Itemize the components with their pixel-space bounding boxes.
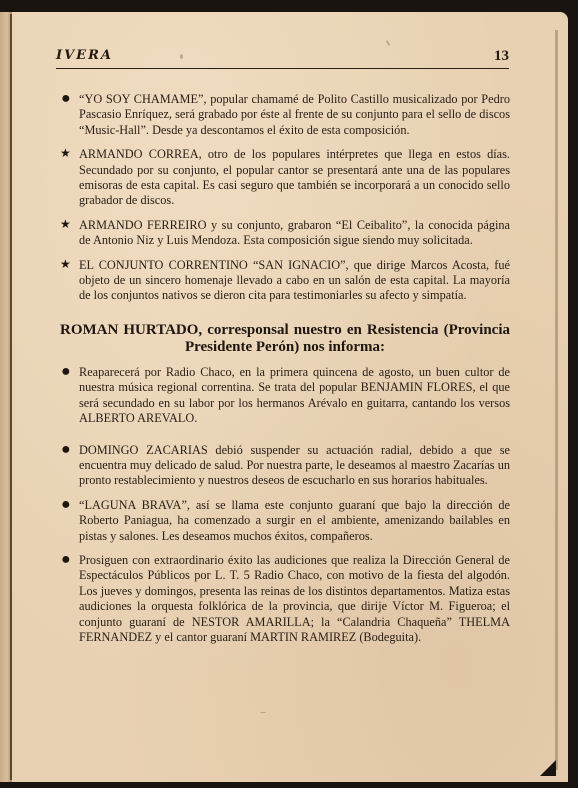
page-header: IVERA 13 <box>56 48 509 68</box>
header-rule <box>56 68 509 69</box>
news-item-text: EL CONJUNTO CORRENTINO “SAN IGNACIO”, qu… <box>79 258 510 303</box>
news-item-text: Reaparecerá por Radio Chaco, en la prime… <box>79 365 510 425</box>
news-item-text: ARMANDO FERREIRO y su conjunto, grabaron… <box>79 218 510 247</box>
section-heading: ROMAN HURTADO, corresponsal nuestro en R… <box>60 322 510 356</box>
news-item: ● “LAGUNA BRAVA”, así se llama este conj… <box>60 498 510 544</box>
news-item-text: ARMANDO CORREA, otro de los populares in… <box>79 147 510 207</box>
bullet-icon: ● <box>61 552 77 567</box>
news-item: ★ ARMANDO FERREIRO y su conjunto, grabar… <box>60 218 510 249</box>
worn-corner <box>540 760 556 776</box>
paper-speck <box>386 40 391 46</box>
news-item: ● “YO SOY CHAMAME”, popular chamamé de P… <box>60 92 510 138</box>
news-item-text: “YO SOY CHAMAME”, popular chamamé de Pol… <box>79 92 510 137</box>
article-body: ● “YO SOY CHAMAME”, popular chamamé de P… <box>60 92 510 654</box>
news-item-text: “LAGUNA BRAVA”, así se llama este conjun… <box>79 498 510 543</box>
star-icon: ★ <box>60 217 76 232</box>
news-item: ★ ARMANDO CORREA, otro de los populares … <box>60 147 510 209</box>
section-heading-line-1: ROMAN HURTADO, corresponsal nuestro en R… <box>60 322 510 339</box>
news-item: ● Prosiguen con extraordinario éxito las… <box>60 553 510 645</box>
scanned-page: IVERA 13 ● “YO SOY CHAMAME”, popular cha… <box>0 0 578 788</box>
star-icon: ★ <box>60 257 76 272</box>
page-number: 13 <box>494 48 509 65</box>
news-item: ● Reaparecerá por Radio Chaco, en la pri… <box>60 365 510 427</box>
running-head-title: IVERA <box>56 48 113 63</box>
news-item-text: Prosiguen con extraordinario éxito las a… <box>79 553 510 644</box>
news-item-text: DOMINGO ZACARIAS debió suspender su actu… <box>79 443 510 488</box>
bullet-icon: ● <box>61 442 77 457</box>
news-item: ★ EL CONJUNTO CORRENTINO “SAN IGNACIO”, … <box>60 258 510 304</box>
bullet-icon: ● <box>61 91 77 106</box>
page-edge-shadow <box>555 30 558 770</box>
section-heading-line-2: Presidente Perón) nos informa: <box>60 339 510 356</box>
bullet-icon: ● <box>61 497 77 512</box>
paper-speck <box>260 712 266 713</box>
bullet-icon: ● <box>61 364 77 379</box>
star-icon: ★ <box>60 146 76 161</box>
news-item: ● DOMINGO ZACARIAS debió suspender su ac… <box>60 443 510 489</box>
